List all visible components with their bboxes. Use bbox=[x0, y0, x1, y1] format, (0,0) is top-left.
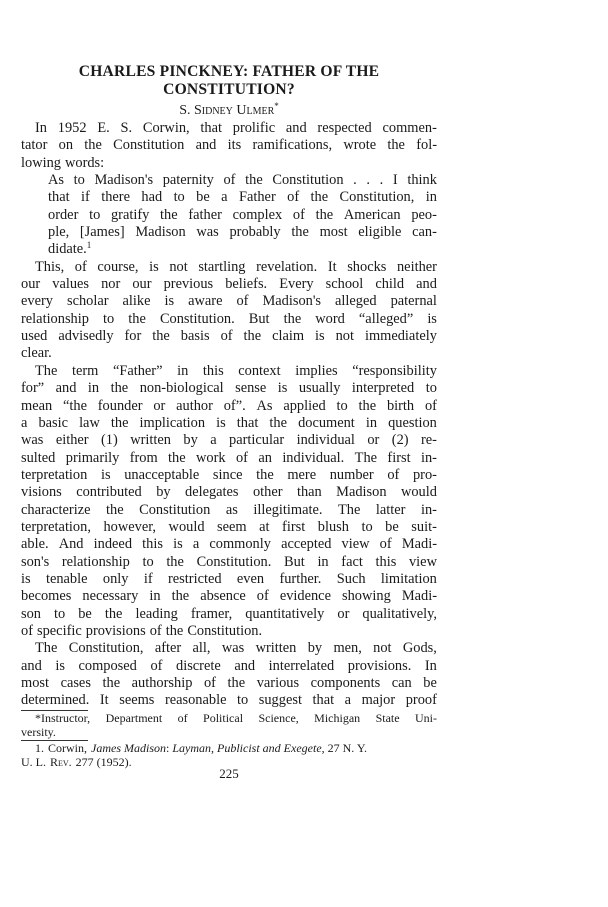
body-line: ple,[James]Madisonwasprobablythemostelig… bbox=[21, 224, 437, 241]
body-line: AstoMadison'spaternityoftheConstitution.… bbox=[21, 172, 437, 189]
footnote-1: 1. Corwin, James Madison: Layman, Public… bbox=[21, 742, 437, 769]
footnote-1-line-1: 1. Corwin, James Madison: Layman, Public… bbox=[21, 742, 437, 756]
body-line: terpretationisunacceptablesincethemerenu… bbox=[21, 467, 437, 484]
body-line: tatorontheConstitutionanditsramification… bbox=[21, 137, 437, 154]
body-line: didate.1 bbox=[21, 241, 437, 258]
body-line: mean“thefounderorauthorof”.Asappliedtoth… bbox=[21, 398, 437, 415]
body-line: istenableonlyifrestrictedevenfurther.Suc… bbox=[21, 571, 437, 588]
footnote-text: versity. bbox=[21, 726, 56, 740]
body-line: becomesnecessaryintheabsenceofevidencesh… bbox=[21, 588, 437, 605]
footnote-cited-author: Corwin, bbox=[48, 742, 87, 756]
body-line: abasiclawtheimplicationisthatthedocument… bbox=[21, 415, 437, 432]
body-line: This,ofcourse,isnotstartlingrevelation.I… bbox=[21, 259, 437, 276]
body-line: usedadvisedlyforthebasisoftheclaimisnoti… bbox=[21, 328, 437, 345]
author-name: S. Sidney Ulmer bbox=[179, 103, 274, 118]
body-line: thatiftherehadtobeaFatheroftheConstituti… bbox=[21, 189, 437, 206]
body-line: waseither(1)writtenbyaparticularindividu… bbox=[21, 432, 437, 449]
body-line: Theterm“Father”inthiscontextimplies“resp… bbox=[21, 363, 437, 380]
body-line: for”andinthenon-biologicalsenseisusually… bbox=[21, 380, 437, 397]
body-line: clear. bbox=[21, 345, 437, 362]
title-line-1: CHARLES PINCKNEY: FATHER OF THE bbox=[21, 63, 437, 81]
author-footnote-marker: * bbox=[274, 101, 279, 111]
page-number: 225 bbox=[21, 766, 437, 781]
body-line: In1952E.S.Corwin,thatprolificandrespecte… bbox=[21, 120, 437, 137]
body-line: sontobetheleadingframer,quantitativelyor… bbox=[21, 606, 437, 623]
body-line: andiscomposedofdiscreteandinterrelatedpr… bbox=[21, 658, 437, 675]
body-line: everyscholaralikeisawareofMadison'salleg… bbox=[21, 293, 437, 310]
article-author: S. Sidney Ulmer* bbox=[21, 102, 437, 119]
body-line: relationshiptotheConstitution.Buttheword… bbox=[21, 311, 437, 328]
footnote-citation-volume: , 27 N. Y. bbox=[322, 741, 367, 755]
footnote-cited-subtitle: Layman, Publicist and Exegete bbox=[172, 741, 321, 755]
footnote-number: 1. bbox=[35, 742, 44, 756]
body-line: ourvaluesnorourpreviousbeliefs.Everyscho… bbox=[21, 276, 437, 293]
body-line: son'srelationshiptotheConstitution.Butin… bbox=[21, 554, 437, 571]
body-line: TheConstitution,afterall,waswrittenbymen… bbox=[21, 640, 437, 657]
article-title: CHARLES PINCKNEY: FATHER OF THE CONSTITU… bbox=[21, 63, 437, 99]
body-line: determined.Itseemsreasonabletosuggesttha… bbox=[21, 692, 437, 709]
body-line: sultedprimarilyfromtheworkofanindividual… bbox=[21, 450, 437, 467]
footnote-author-line-1: *Instructor,DepartmentofPoliticalScience… bbox=[21, 712, 437, 726]
footnote-reference-1[interactable]: 1 bbox=[87, 240, 92, 250]
body-line: visionscontributedbydelegatesotherthanMa… bbox=[21, 484, 437, 501]
article-body: In1952E.S.Corwin,thatprolificandrespecte… bbox=[21, 120, 437, 710]
footnote-cited-title: James Madison bbox=[91, 741, 166, 755]
body-line: mostcasestheauthorshipofthevariouscompon… bbox=[21, 675, 437, 692]
footnote-author: *Instructor,DepartmentofPoliticalScience… bbox=[21, 712, 437, 739]
footnote-author-line-2: versity. bbox=[21, 726, 437, 740]
body-line: lowingwords: bbox=[21, 155, 437, 172]
body-line: ordertogratifythefathercomplexoftheAmeri… bbox=[21, 207, 437, 224]
body-line: terpretation,however,wouldseematfirstblu… bbox=[21, 519, 437, 536]
body-line: able.Andindeedthisisacommonlyacceptedvie… bbox=[21, 536, 437, 553]
title-line-2: CONSTITUTION? bbox=[21, 81, 437, 99]
footnote-colon: : bbox=[166, 741, 169, 755]
body-line: characterizetheConstitutionasillegitimat… bbox=[21, 502, 437, 519]
body-line: ofspecificprovisionsoftheConstitution. bbox=[21, 623, 437, 640]
